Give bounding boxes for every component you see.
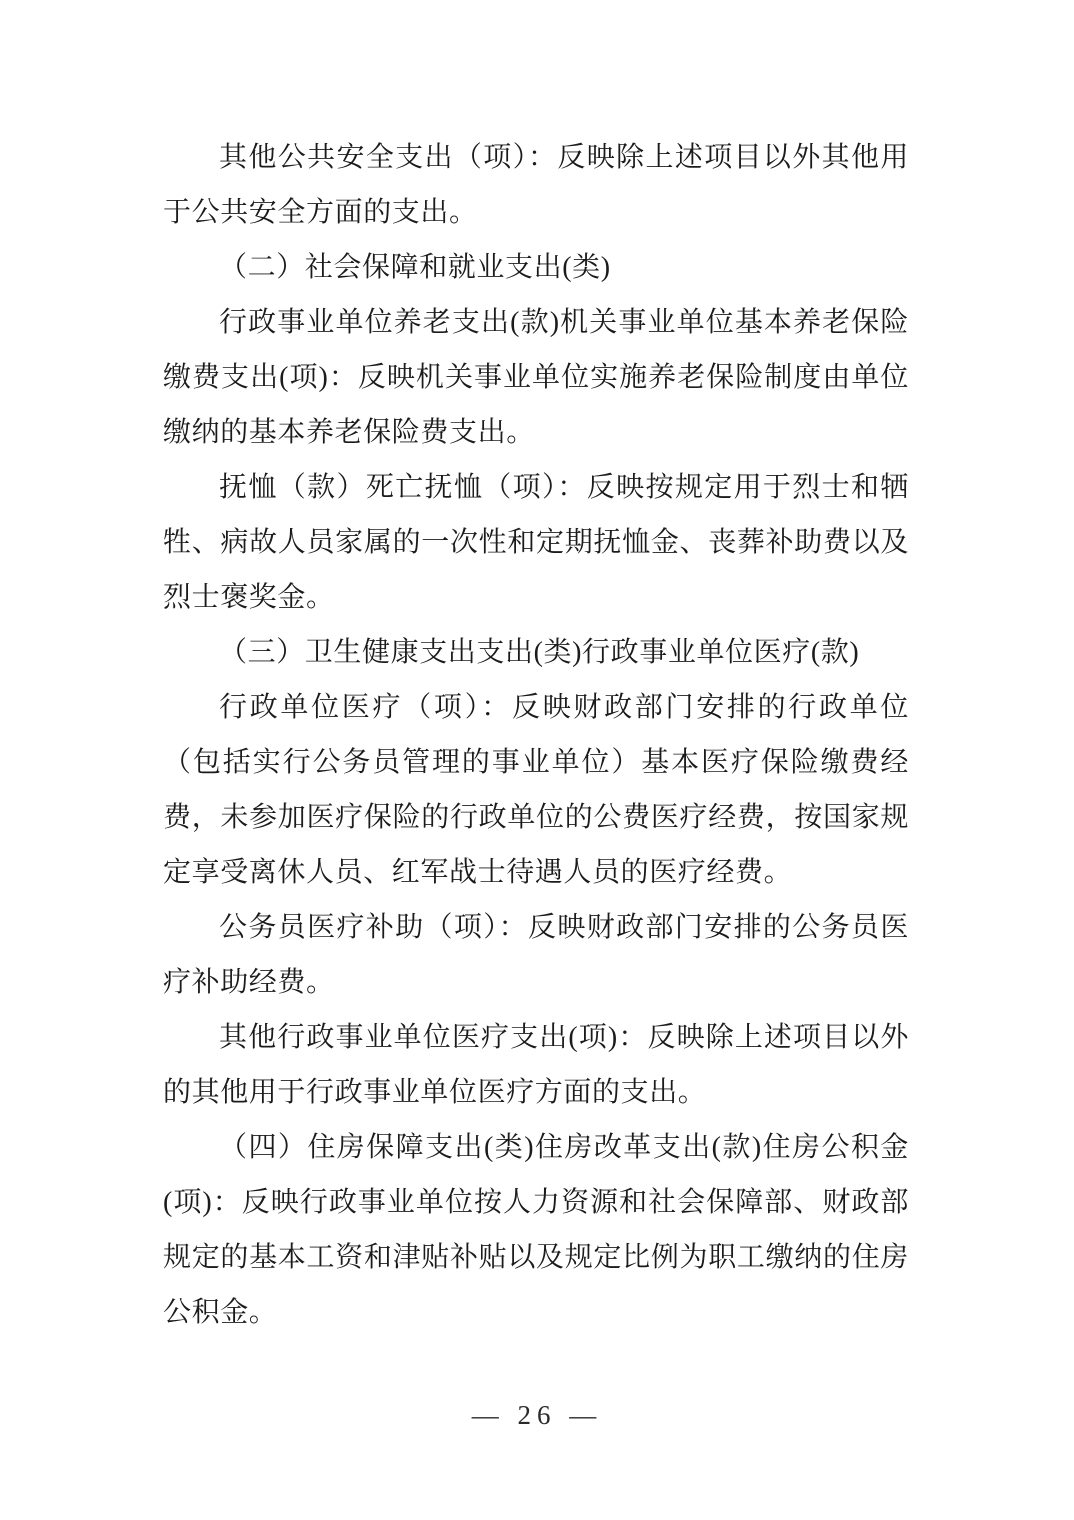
paragraph: 抚恤（款）死亡抚恤（项）：反映按规定用于烈士和牺牲、病故人员家属的一次性和定期抚… bbox=[163, 460, 909, 625]
paragraph: （三）卫生健康支出支出(类)行政事业单位医疗(款) bbox=[163, 625, 909, 680]
paragraph: 其他公共安全支出（项）：反映除上述项目以外其他用于公共安全方面的支出。 bbox=[163, 130, 909, 240]
paragraph: 行政单位医疗（项）：反映财政部门安排的行政单位（包括实行公务员管理的事业单位）基… bbox=[163, 680, 909, 900]
page-number: — 26 — bbox=[472, 1400, 603, 1430]
paragraph: （四）住房保障支出(类)住房改革支出(款)住房公积金(项)：反映行政事业单位按人… bbox=[163, 1120, 909, 1340]
paragraph: 行政事业单位养老支出(款)机关事业单位基本养老保险缴费支出(项)：反映机关事业单… bbox=[163, 295, 909, 460]
document-page: 其他公共安全支出（项）：反映除上述项目以外其他用于公共安全方面的支出。 （二）社… bbox=[0, 0, 1074, 1520]
paragraph: 公务员医疗补助（项）：反映财政部门安排的公务员医疗补助经费。 bbox=[163, 900, 909, 1010]
paragraph: （二）社会保障和就业支出(类) bbox=[163, 240, 909, 295]
paragraph: 其他行政事业单位医疗支出(项)：反映除上述项目以外的其他用于行政事业单位医疗方面… bbox=[163, 1010, 909, 1120]
document-body: 其他公共安全支出（项）：反映除上述项目以外其他用于公共安全方面的支出。 （二）社… bbox=[163, 130, 909, 1340]
page-footer: — 26 — bbox=[0, 1400, 1074, 1431]
